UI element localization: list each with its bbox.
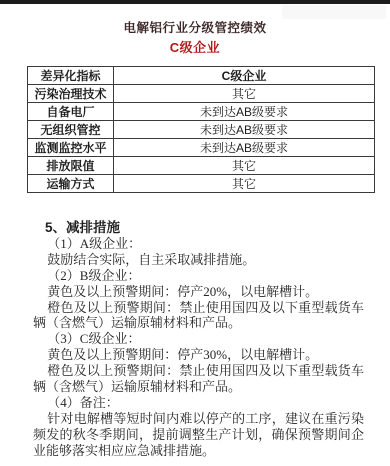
header-label-cell: 差异化指标 [28, 67, 114, 85]
paragraph-c-grade-orange-alert: 橙色及以上预警期间：禁止使用国四及以下重型载货车辆（含燃气）运输原辅材料和产品。 [33, 363, 364, 395]
paragraph-b-grade-label: （2）B级企业： [33, 268, 364, 284]
row-label-cell: 污染治理技术 [28, 85, 114, 103]
header-value-cell: C级企业 [114, 67, 375, 85]
page-title: 电解铝行业分级管控绩效 [0, 21, 390, 36]
paragraph-c-grade-label: （3）C级企业： [33, 331, 364, 347]
row-value-cell: 未到达AB级要求 [114, 121, 375, 139]
paragraph-b-grade-orange-alert: 橙色及以上预警期间：禁止使用国四及以下重型载货车辆（含燃气）运输原辅材料和产品。 [33, 300, 364, 332]
paragraph-c-grade-yellow-alert: 黄色及以上预警期间：停产30%，以电解槽计。 [33, 347, 364, 363]
table-header-row: 差异化指标 C级企业 [28, 67, 375, 85]
table-row: 运输方式 其它 [28, 175, 375, 193]
table-row: 自备电厂 未到达AB级要求 [28, 103, 375, 121]
row-label-cell: 排放限值 [28, 157, 114, 175]
row-value-cell: 未到达AB级要求 [114, 103, 375, 121]
document-page: { "header": { "title": "电解铝行业分级管控绩效", "s… [0, 0, 390, 466]
paragraph-a-grade-label: （1）A级企业： [33, 236, 364, 252]
paragraph-remarks-label: （4）备注： [33, 395, 364, 411]
row-value-cell: 其它 [114, 157, 375, 175]
faded-watermark-remnant [282, 5, 386, 19]
reduction-measures-section: 5、减排措施 （1）A级企业： 鼓励结合实际，自主采取减排措施。 （2）B级企业… [33, 220, 364, 459]
top-border-bar [0, 0, 390, 4]
table-row: 监测监控水平 未到达AB级要求 [28, 139, 375, 157]
table-row: 无组织管控 未到达AB级要求 [28, 121, 375, 139]
row-label-cell: 无组织管控 [28, 121, 114, 139]
section-heading: 5、减排措施 [45, 220, 364, 236]
row-label-cell: 监测监控水平 [28, 139, 114, 157]
paragraph-a-grade-measure: 鼓励结合实际，自主采取减排措施。 [33, 252, 364, 268]
table-row: 污染治理技术 其它 [28, 85, 375, 103]
row-value-cell: 其它 [114, 175, 375, 193]
paragraph-b-grade-yellow-alert: 黄色及以上预警期间：停产20%，以电解槽计。 [33, 284, 364, 300]
grade-control-table: 差异化指标 C级企业 污染治理技术 其它 自备电厂 未到达AB级要求 无组织管控… [27, 66, 375, 193]
row-value-cell: 未到达AB级要求 [114, 139, 375, 157]
row-value-cell: 其它 [114, 85, 375, 103]
row-label-cell: 运输方式 [28, 175, 114, 193]
page-subtitle: C级企业 [0, 40, 390, 55]
paragraph-remarks-text: 针对电解槽等短时间内难以停产的工序，建议在重污染频发的秋冬季期间，提前调整生产计… [33, 411, 364, 459]
row-label-cell: 自备电厂 [28, 103, 114, 121]
table-row: 排放限值 其它 [28, 157, 375, 175]
